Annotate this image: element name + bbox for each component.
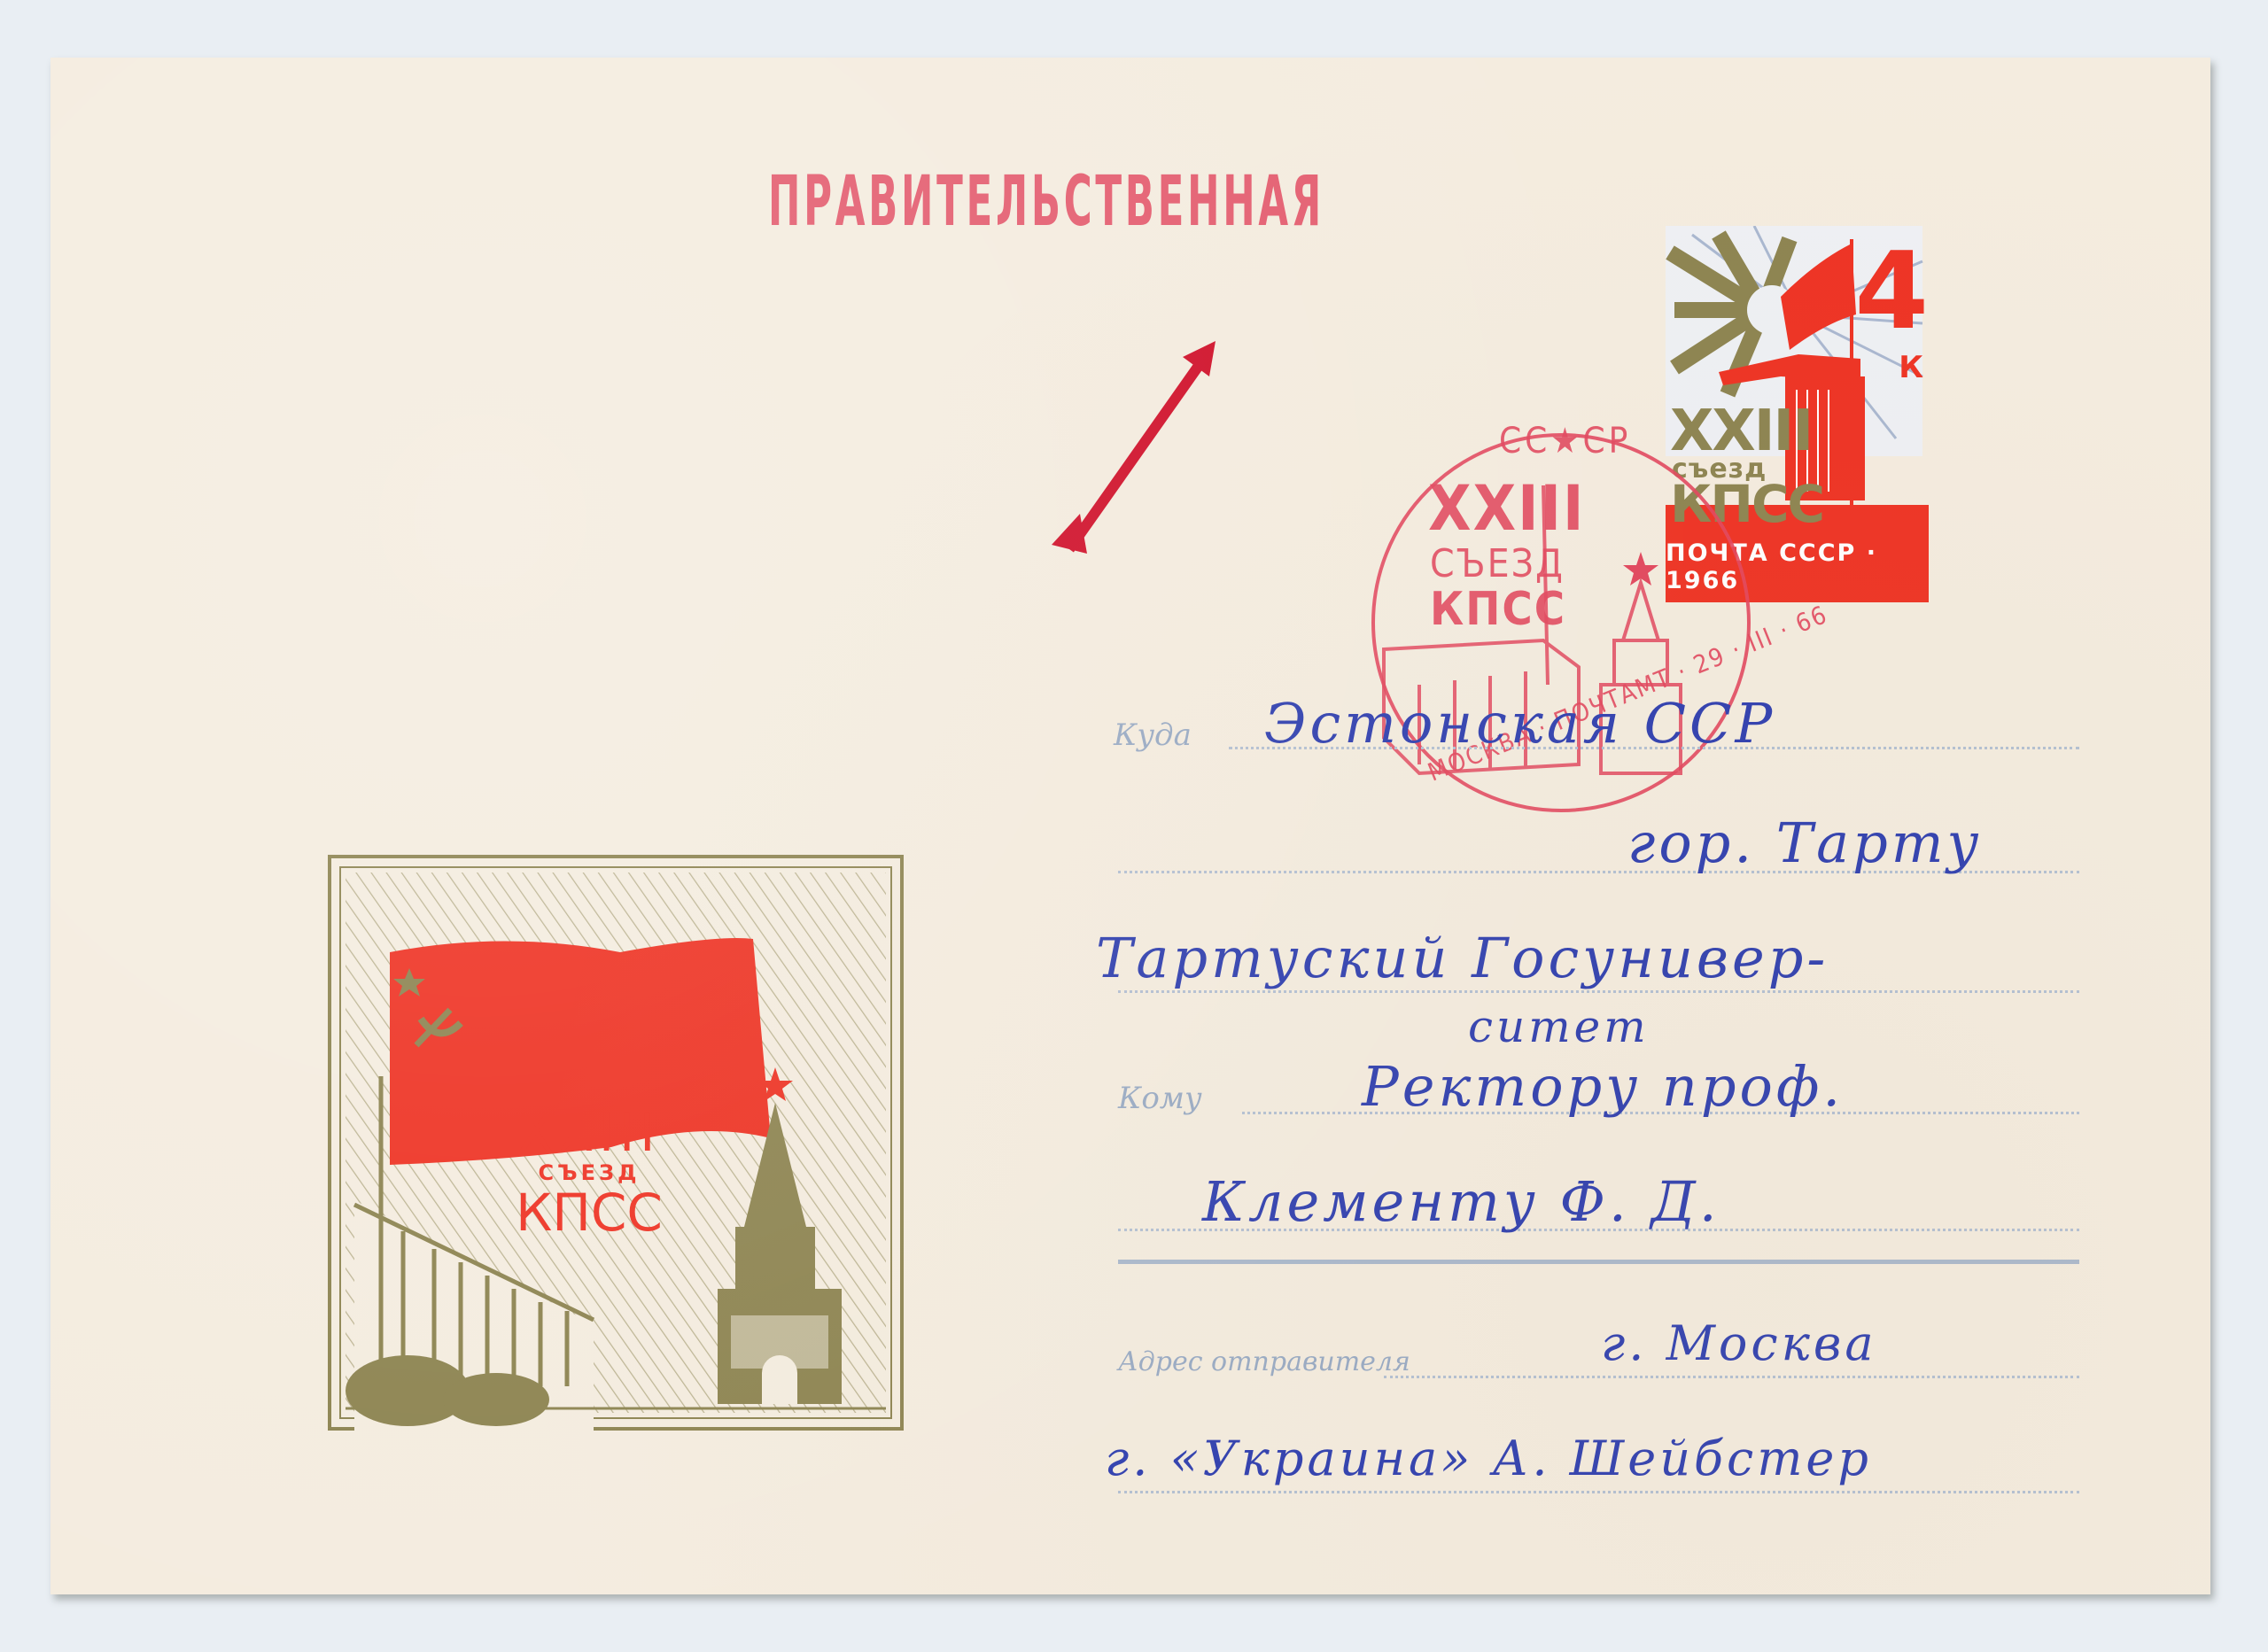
envelope: ПРАВИТЕЛЬСТВЕННАЯ xyxy=(50,58,2210,1594)
handwriting-university: Тартуский Госунивер- xyxy=(1096,926,1829,990)
divider-line xyxy=(1118,1260,2079,1264)
postmark-roman: XXIII xyxy=(1428,472,1585,545)
address-line-3 xyxy=(1118,990,2079,993)
sender-line-1 xyxy=(1384,1376,2079,1378)
handwriting-recipient-name: Клементу Ф. Д. xyxy=(1202,1169,1720,1234)
denomination-unit: К xyxy=(1899,350,1923,385)
handwriting-rector: Ректору проф. xyxy=(1362,1054,1844,1119)
postmark-top: СС★СР xyxy=(1499,421,1631,461)
illustration-party: КПСС xyxy=(275,1183,904,1243)
handwriting-sender-city: г. Москва xyxy=(1601,1315,1877,1371)
commemorative-illustration: XXIII СЪЕЗД КПСС xyxy=(328,855,904,1431)
sender-label: Адрес отправителя xyxy=(1118,1346,1410,1377)
to-where-label: Куда xyxy=(1114,717,1192,753)
sender-line-2 xyxy=(1118,1491,2079,1493)
postmark: СС★СР XXIII СЪЕЗД КПСС МОСКВА · ПОЧТАМТ … xyxy=(1366,428,1756,818)
to-whom-label: Кому xyxy=(1118,1081,1202,1116)
handwriting-republic: Эстонская ССР xyxy=(1264,691,1775,756)
illustration-roman: XXIII xyxy=(275,1103,904,1163)
red-arrow-icon xyxy=(1025,332,1238,562)
denomination-value: 4 xyxy=(1855,239,1930,345)
postmark-sezd: СЪЕЗД xyxy=(1430,541,1565,586)
illustration-sezd: СЪЕЗД xyxy=(275,1160,904,1185)
handwriting-city: гор. Тарту xyxy=(1627,810,1983,875)
postmark-party: КПСС xyxy=(1430,583,1566,636)
handwriting-sender-name: г. «Украина» А. Шейбстер xyxy=(1105,1431,1872,1486)
government-stamp: ПРАВИТЕЛЬСТВЕННАЯ xyxy=(768,162,1324,242)
handwriting-university-cont: ситет xyxy=(1468,1001,1650,1052)
